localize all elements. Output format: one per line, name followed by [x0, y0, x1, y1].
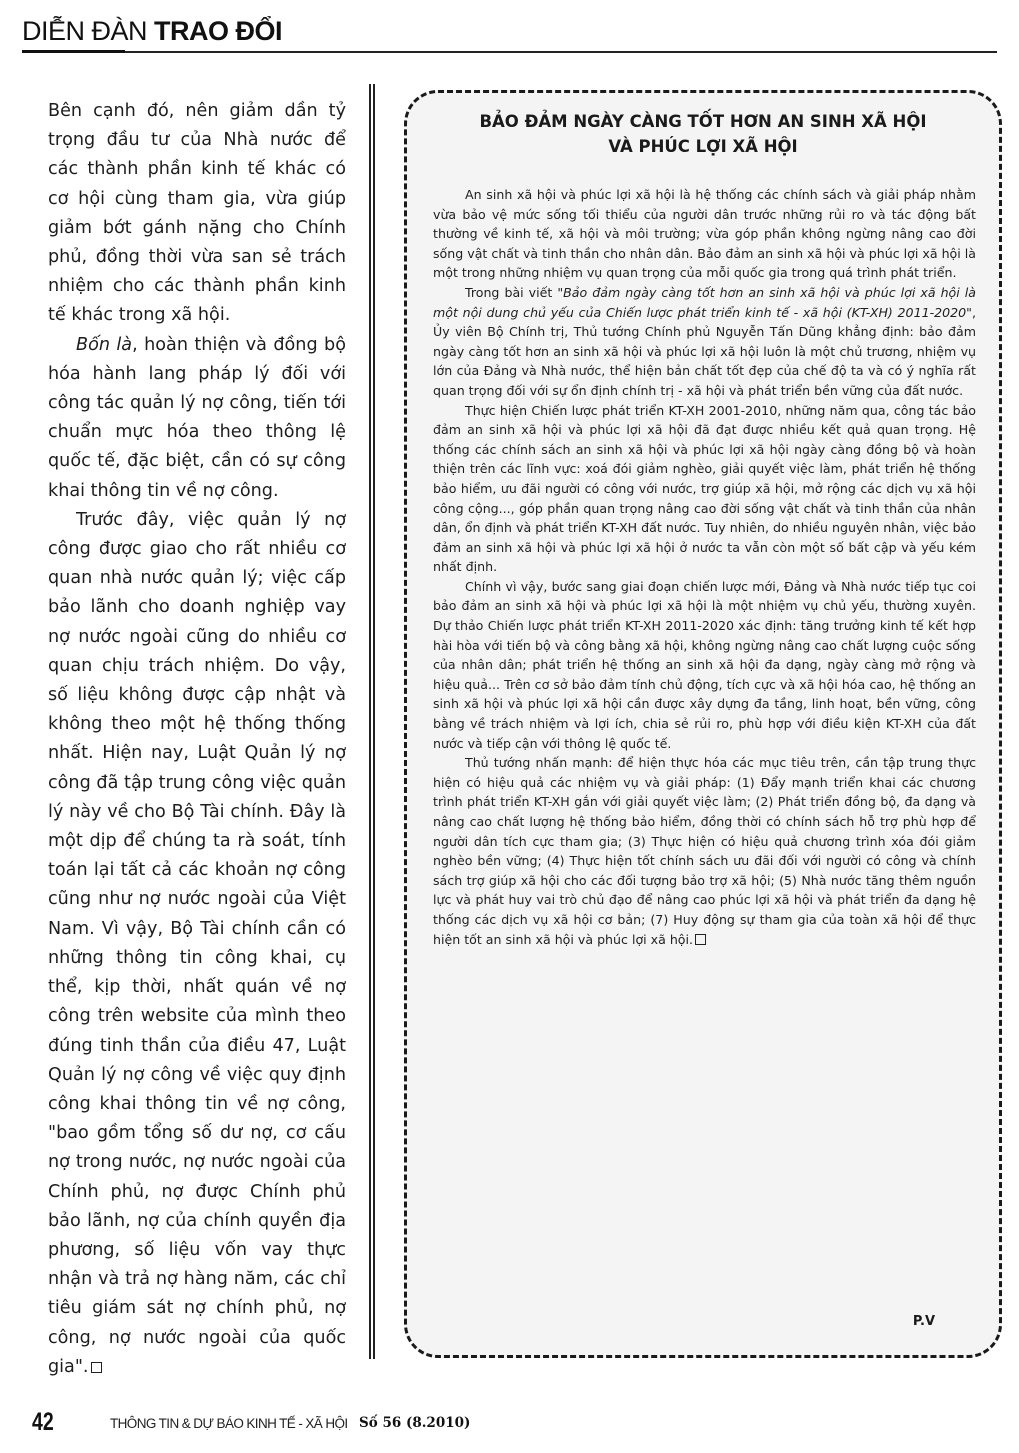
section-header: DIỄN ĐÀN TRAO ĐỔI — [22, 14, 997, 58]
paragraph-text: Thủ tướng nhấn mạnh: để hiện thực hóa cá… — [433, 755, 976, 946]
paragraph-text: Trước đây, việc quản lý nợ công được gia… — [48, 510, 346, 1377]
box-paragraph: Trong bài viết "Bảo đảm ngày càng tốt hơ… — [433, 283, 976, 401]
box-paragraph: An sinh xã hội và phúc lợi xã hội là hệ … — [433, 185, 976, 283]
sidebar-box-title: BẢO ĐẢM NGÀY CÀNG TỐT HƠN AN SINH XÃ HỘI… — [407, 109, 999, 159]
box-paragraph: Thủ tướng nhấn mạnh: để hiện thực hóa cá… — [433, 753, 976, 949]
section-title-light: DIỄN ĐÀN — [22, 16, 154, 46]
box-paragraph: Chính vì vậy, bước sang giai đoạn chiến … — [433, 577, 976, 753]
issue-number: Số 56 (8.2010) — [359, 1415, 470, 1431]
sidebar-box: BẢO ĐẢM NGÀY CÀNG TỐT HƠN AN SINH XÃ HỘI… — [404, 90, 1002, 1358]
header-rule — [22, 51, 997, 53]
paragraph-text: , hoàn thiện và đồng bộ hóa hành lang ph… — [48, 335, 346, 501]
header-rule-accent — [22, 50, 125, 53]
author-signature: P.V — [913, 1314, 935, 1329]
page-number: 42 — [32, 1408, 54, 1437]
box-paragraph: Thực hiện Chiến lược phát triển KT-XH 20… — [433, 401, 976, 577]
section-title-bold: TRAO ĐỔI — [154, 16, 282, 46]
box-title-line: VÀ PHÚC LỢI XÃ HỘI — [407, 134, 999, 159]
column-divider — [369, 84, 375, 1359]
publication-name: THÔNG TIN & DỰ BÁO KINH TẾ - XÃ HỘI — [110, 1416, 348, 1431]
sidebar-box-body: An sinh xã hội và phúc lợi xã hội là hệ … — [433, 185, 976, 949]
end-of-article-icon — [91, 1362, 102, 1373]
article-paragraph: Bên cạnh đó, nên giảm dần tỷ trọng đầu t… — [48, 97, 346, 331]
box-title-line: BẢO ĐẢM NGÀY CÀNG TỐT HƠN AN SINH XÃ HỘI — [407, 109, 999, 134]
left-column-article: Bên cạnh đó, nên giảm dần tỷ trọng đầu t… — [48, 97, 346, 1382]
paragraph-lead-italic: Bốn là — [76, 335, 132, 355]
paragraph-text: Trong bài viết — [465, 285, 557, 300]
section-title: DIỄN ĐÀN TRAO ĐỔI — [22, 16, 282, 47]
end-of-box-icon — [695, 934, 706, 945]
article-paragraph: Bốn là, hoàn thiện và đồng bộ hóa hành l… — [48, 331, 346, 506]
article-paragraph: Trước đây, việc quản lý nợ công được gia… — [48, 506, 346, 1382]
